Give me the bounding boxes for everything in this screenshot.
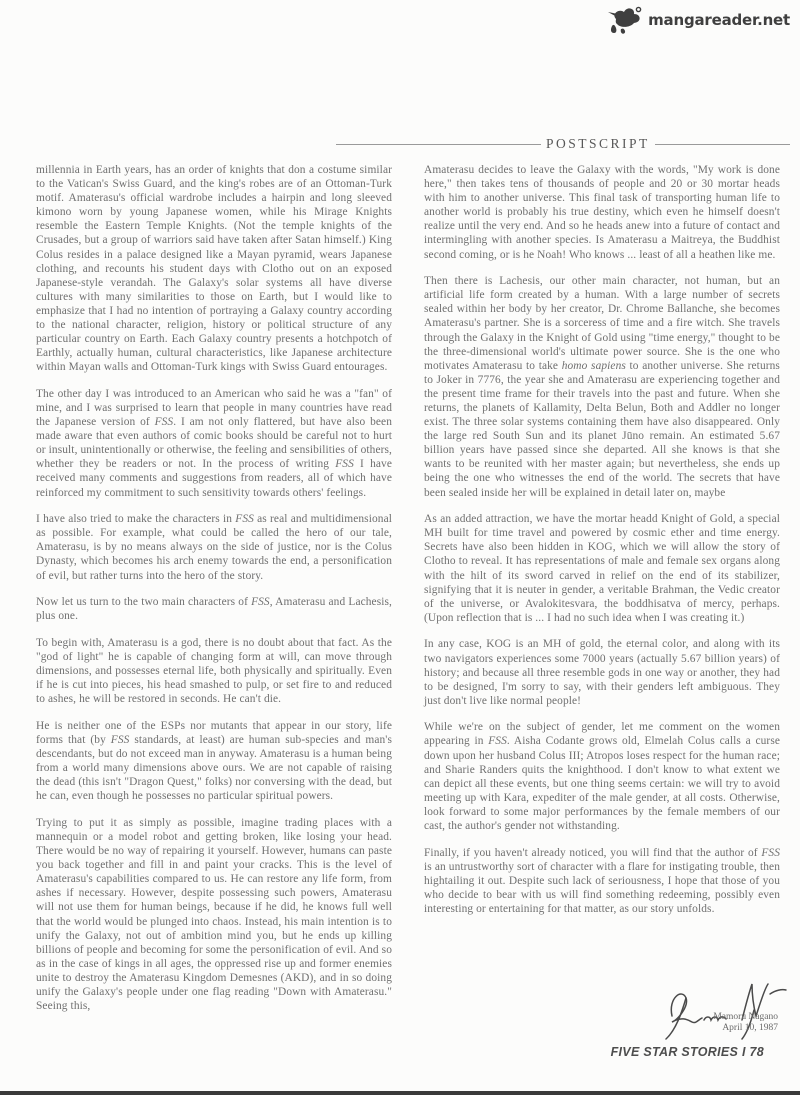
paragraph: While we're on the subject of gender, le… — [424, 720, 780, 833]
series-page-credit: FIVE STAR STORIES I 78 — [611, 1045, 764, 1059]
scan-edge-bar — [0, 1091, 800, 1095]
paragraph: Trying to put it as simply as possible, … — [36, 816, 392, 1013]
paragraph: To begin with, Amaterasu is a god, there… — [36, 636, 392, 706]
paragraph: millennia in Earth years, has an order o… — [36, 163, 392, 374]
page-title: POSTSCRIPT — [541, 136, 655, 152]
postscript-header: POSTSCRIPT — [336, 136, 790, 152]
header-rule-left — [336, 144, 541, 145]
text-column-left: millennia in Earth years, has an order o… — [36, 163, 392, 1013]
paragraph: As an added attraction, we have the mort… — [424, 512, 780, 625]
paragraph: Amaterasu decides to leave the Galaxy wi… — [424, 163, 780, 262]
author-signature-icon — [656, 976, 788, 1046]
site-logo[interactable]: mangareader.net — [607, 5, 790, 35]
paragraph: The other day I was introduced to an Ame… — [36, 387, 392, 500]
scanned-postscript-page: mangareader.net POSTSCRIPT millennia in … — [0, 0, 800, 1095]
author-credits: Mamoru Nagano April 10, 1987 — [713, 1012, 778, 1034]
paragraph: I have also tried to make the characters… — [36, 512, 392, 582]
header-rule-right — [655, 144, 790, 145]
author-name: Mamoru Nagano — [713, 1012, 778, 1023]
site-logo-text: mangareader.net — [648, 11, 790, 29]
text-column-right: Amaterasu decides to leave the Galaxy wi… — [424, 163, 780, 916]
paragraph: Finally, if you haven't already noticed,… — [424, 846, 780, 916]
paragraph: He is neither one of the ESPs nor mutant… — [36, 719, 392, 804]
paragraph: In any case, KOG is an MH of gold, the e… — [424, 637, 780, 707]
mangareader-splash-icon — [607, 5, 645, 35]
signature-date: April 10, 1987 — [713, 1023, 778, 1034]
paragraph: Now let us turn to the two main characte… — [36, 595, 392, 623]
paragraph: Then there is Lachesis, our other main c… — [424, 274, 780, 500]
